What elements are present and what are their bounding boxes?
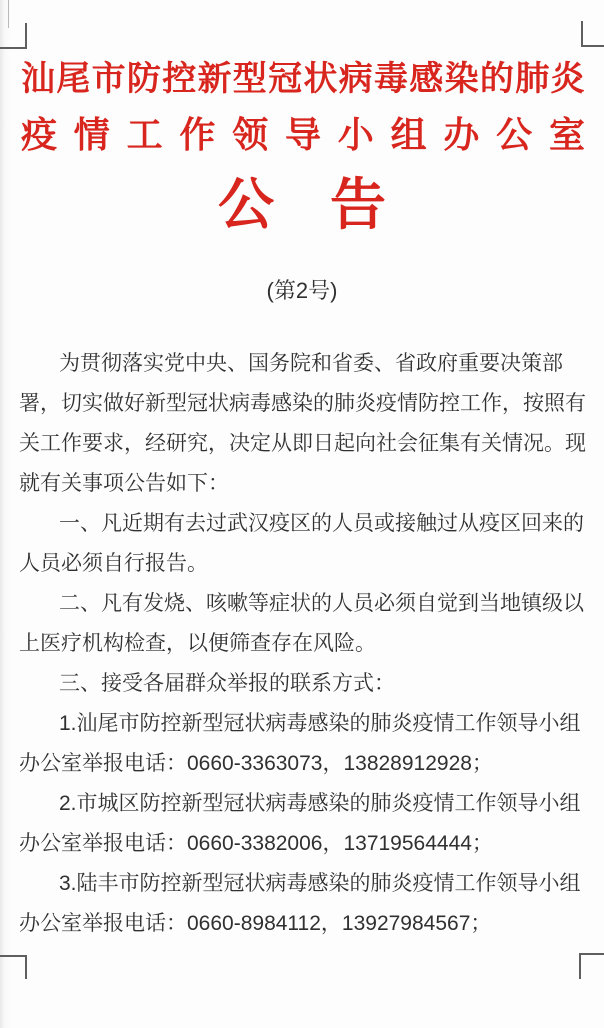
body-line-phone-3: 办公室举报电话：0660-8984112，13927984567； [19, 904, 591, 944]
body-line-item-1: 一、凡近期有去过武汉疫区的人员或接触过从疫区回来的 [19, 504, 591, 544]
body-line-phone-2: 办公室举报电话：0660-3382006，13719564444； [19, 824, 591, 864]
body-line-contact-2: 2.市城区防控新型冠状病毒感染的肺炎疫情工作领导小组 [19, 784, 591, 824]
body-line-item-3: 三、接受各届群众举报的联系方式： [19, 664, 591, 704]
body-line: 人员必须自行报告。 [19, 544, 591, 584]
announcement-heading: 公 告 [0, 168, 604, 242]
body-line-item-2: 二、凡有发烧、咳嗽等症状的人员必须自觉到当地镇级以 [19, 584, 591, 624]
body-line-contact-1: 1.汕尾市防控新型冠状病毒感染的肺炎疫情工作领导小组 [19, 704, 591, 744]
body-line: 署，切实做好新型冠状病毒感染的肺炎疫情防控工作，按照有 [19, 384, 591, 424]
issuer-title-line-1: 汕尾市防控新型冠状病毒感染的肺炎 [21, 56, 585, 102]
corner-mark-top-right [581, 21, 604, 47]
body-line: 关工作要求，经研究，决定从即日起向社会征集有关情况。现 [19, 424, 591, 464]
announcement-page: 汕尾市防控新型冠状病毒感染的肺炎 疫情工作领导小组办公室 公 告 (第2号) 为… [0, 0, 604, 1028]
body-line-contact-3: 3.陆丰市防控新型冠状病毒感染的肺炎疫情工作领导小组 [19, 864, 591, 904]
announcement-body: 为贯彻落实党中央、国务院和省委、省政府重要决策部 署，切实做好新型冠状病毒感染的… [19, 344, 591, 944]
corner-mark-bottom-right [579, 953, 604, 979]
document-number: (第2号) [0, 276, 604, 306]
issuer-title-line-2: 疫情工作领导小组办公室 [21, 111, 585, 159]
body-line: 就有关事项公告如下： [19, 464, 591, 504]
body-line-phone-1: 办公室举报电话：0660-3363073，13828912928； [19, 744, 591, 784]
body-line: 为贯彻落实党中央、国务院和省委、省政府重要决策部 [19, 344, 591, 384]
body-line: 上医疗机构检查，以便筛查存在风险。 [19, 624, 591, 664]
corner-mark-bottom-left [0, 955, 27, 979]
corner-mark-top-left [0, 23, 27, 49]
